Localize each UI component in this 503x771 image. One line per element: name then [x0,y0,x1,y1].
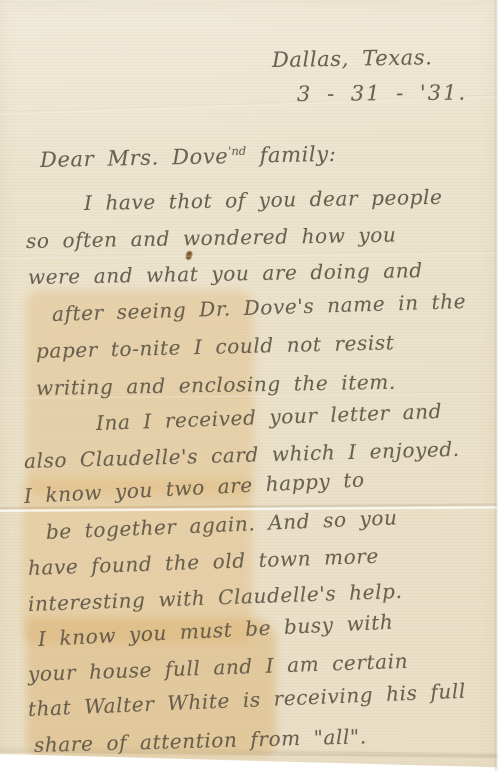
heading-location: Dallas, Texas. [272,45,433,72]
body-line: were and what you are doing and [28,258,423,289]
letter-scan: Dallas, Texas. 3 - 31 - '31. Dear Mrs. D… [0,0,503,771]
scanner-edge-right [494,0,503,771]
body-line: so often and wondered how you [26,223,397,253]
letter-paper: Dallas, Texas. 3 - 31 - '31. Dear Mrs. D… [0,0,497,771]
salutation-superscript: 'nd [228,144,246,158]
body-line: I have thot of you dear people [84,185,443,215]
salutation-pre: Dear Mrs. Dove [40,144,229,172]
heading-date: 3 - 31 - '31. [297,81,467,106]
salutation: Dear Mrs. Dove'nd family: [40,142,337,172]
salutation-post: family: [246,142,337,168]
